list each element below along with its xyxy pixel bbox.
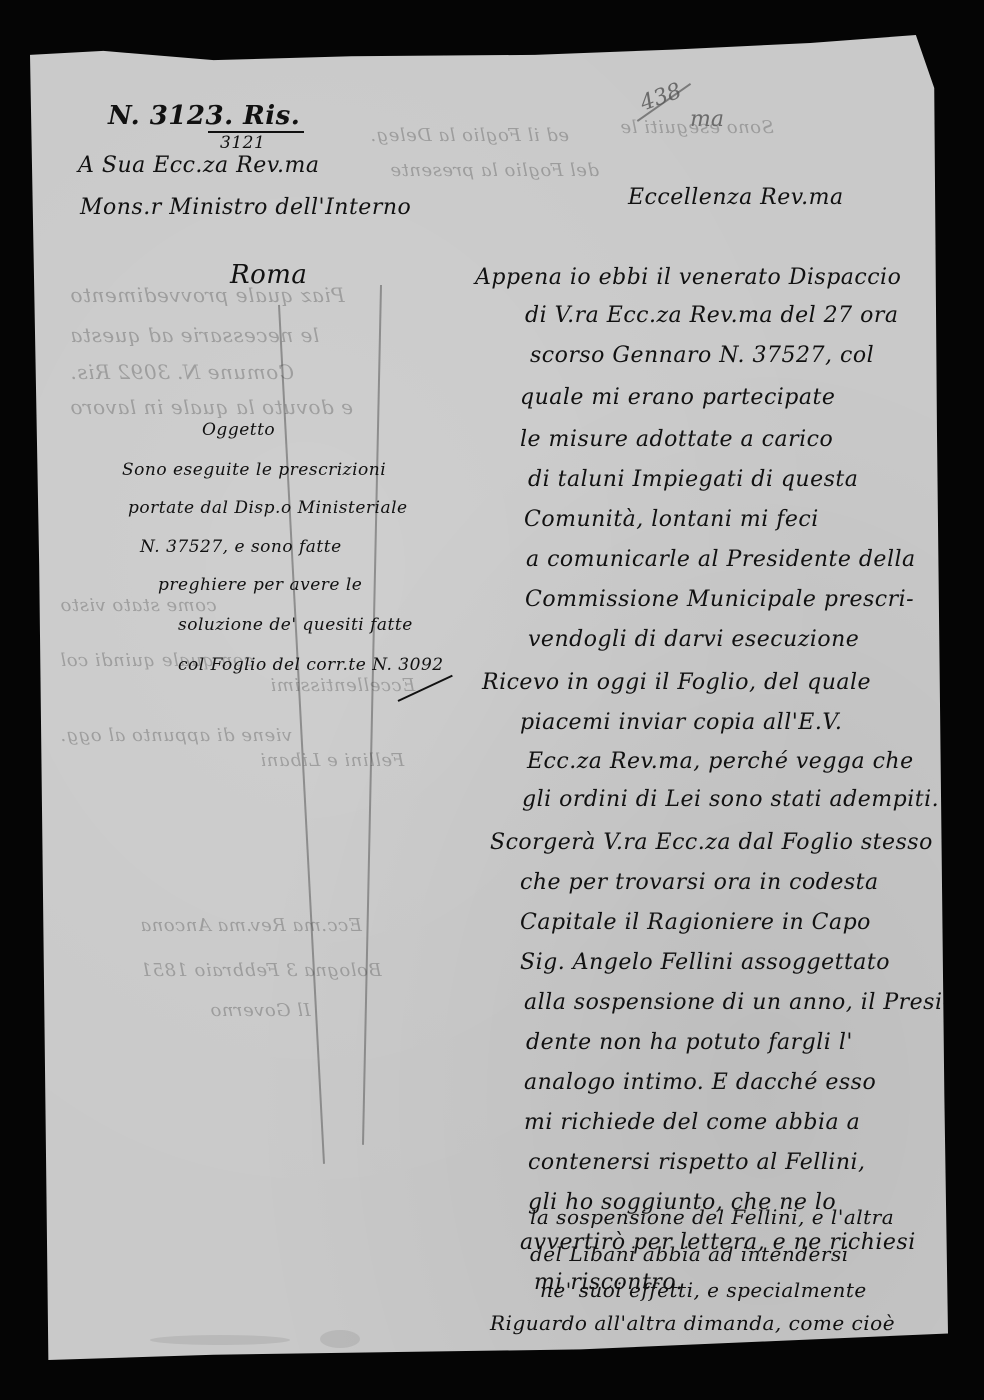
bleed-text: come stato visto bbox=[60, 595, 217, 616]
addressee-line-2: Mons.r Ministro dell'Interno bbox=[80, 195, 411, 220]
body-line: piacemi inviar copia all'E.V. bbox=[520, 710, 842, 735]
pencil-guide-line bbox=[362, 285, 382, 1145]
subject-line: col Foglio del corr.te N. 3092 bbox=[178, 655, 444, 675]
body-line: quale mi erano partecipate bbox=[520, 385, 835, 410]
body-line: a comunicarle al Presidente della bbox=[526, 547, 916, 572]
bleed-text: le necessarie ad questa bbox=[70, 323, 319, 347]
bleed-text: ed il Foglio la Deleg. bbox=[370, 125, 569, 146]
body-line: alla sospensione di un anno, il Presi- bbox=[524, 990, 950, 1015]
bleed-text: Il Governo bbox=[210, 1000, 311, 1021]
subject-line: Sono eseguite le prescrizioni bbox=[122, 460, 386, 480]
addressee-city: Roma bbox=[230, 260, 307, 290]
body-line: scorso Gennaro N. 37527, col bbox=[530, 343, 874, 368]
paper-fold-shadow bbox=[320, 1330, 360, 1348]
archive-folio-sub: ma bbox=[690, 107, 724, 132]
body-line: la sospensione del Fellini, e l'altra bbox=[530, 1205, 894, 1229]
body-line: Ricevo in oggi il Foglio, del quale bbox=[482, 670, 871, 695]
bleed-text: del Foglio la presente bbox=[390, 160, 599, 181]
manuscript-page: Sono eseguiti le ed il Foglio la Deleg. … bbox=[30, 35, 948, 1360]
body-line: di taluni Impiegati di questa bbox=[528, 467, 858, 492]
bleed-text: Fellini e Libani bbox=[260, 750, 404, 771]
body-line: le misure adottate a carico bbox=[520, 427, 833, 452]
bleed-text: e dovuto la quale in lavoro bbox=[70, 395, 353, 419]
protocol-number: N. 3123. Ris. bbox=[108, 101, 300, 131]
body-line: analogo intimo. E dacché esso bbox=[524, 1070, 876, 1095]
subject-line: N. 37527, e sono fatte bbox=[140, 537, 342, 557]
subject-label: Oggetto bbox=[202, 420, 275, 440]
body-line: contenersi rispetto al Fellini, bbox=[528, 1150, 866, 1175]
body-line: mi richiede del come abbia a bbox=[524, 1110, 860, 1135]
body-line: Sig. Angelo Fellini assoggettato bbox=[520, 950, 890, 975]
bleed-text: Comune N. 3092 Ris. bbox=[70, 360, 294, 384]
protocol-sub-number: 3121 bbox=[220, 133, 265, 153]
bleed-text: viene di appunto al ogg. bbox=[60, 725, 292, 746]
bleed-text: Bologna 3 Febbraio 1851 bbox=[140, 960, 382, 981]
subject-line: preghiere per avere le bbox=[158, 575, 362, 595]
body-line: di V.ra Ecc.za Rev.ma del 27 ora bbox=[525, 303, 899, 328]
subject-line: soluzione de' quesiti fatte bbox=[178, 615, 413, 635]
body-line: Capitale il Ragioniere in Capo bbox=[520, 910, 871, 935]
body-line: dente non ha potuto fargli l' bbox=[526, 1030, 853, 1055]
body-line: del Libani abbia ad intendersi bbox=[530, 1242, 849, 1266]
body-line: Riguardo all'altra dimanda, come cioè bbox=[490, 1311, 895, 1335]
body-line: Appena io ebbi il venerato Dispaccio bbox=[475, 265, 901, 290]
body-line: gli ordini di Lei sono stati adempiti. bbox=[522, 787, 939, 812]
body-line: ne' suoi effetti, e specialmente bbox=[540, 1278, 867, 1302]
archive-folio-number: 438 bbox=[637, 79, 685, 117]
bleed-text: Eccellentissimi bbox=[270, 675, 415, 696]
addressee-line-1: A Sua Ecc.za Rev.ma bbox=[78, 153, 320, 178]
body-line: Scorgerà V.ra Ecc.za dal Foglio stesso bbox=[490, 830, 933, 855]
bleed-text: Ecc.ma Rev.ma Ancona bbox=[140, 915, 362, 936]
body-line: che per trovarsi ora in codesta bbox=[520, 870, 879, 895]
body-line: Comunità, lontani mi feci bbox=[524, 507, 819, 532]
body-line: Ecc.za Rev.ma, perché vegga che bbox=[527, 749, 914, 774]
subject-line: portate dal Disp.o Ministeriale bbox=[128, 498, 408, 518]
paper-fold-shadow bbox=[150, 1335, 290, 1345]
body-line: Commissione Municipale prescri- bbox=[525, 587, 914, 612]
salutation: Eccellenza Rev.ma bbox=[628, 185, 844, 210]
body-line: vendogli di darvi esecuzione bbox=[528, 627, 859, 652]
